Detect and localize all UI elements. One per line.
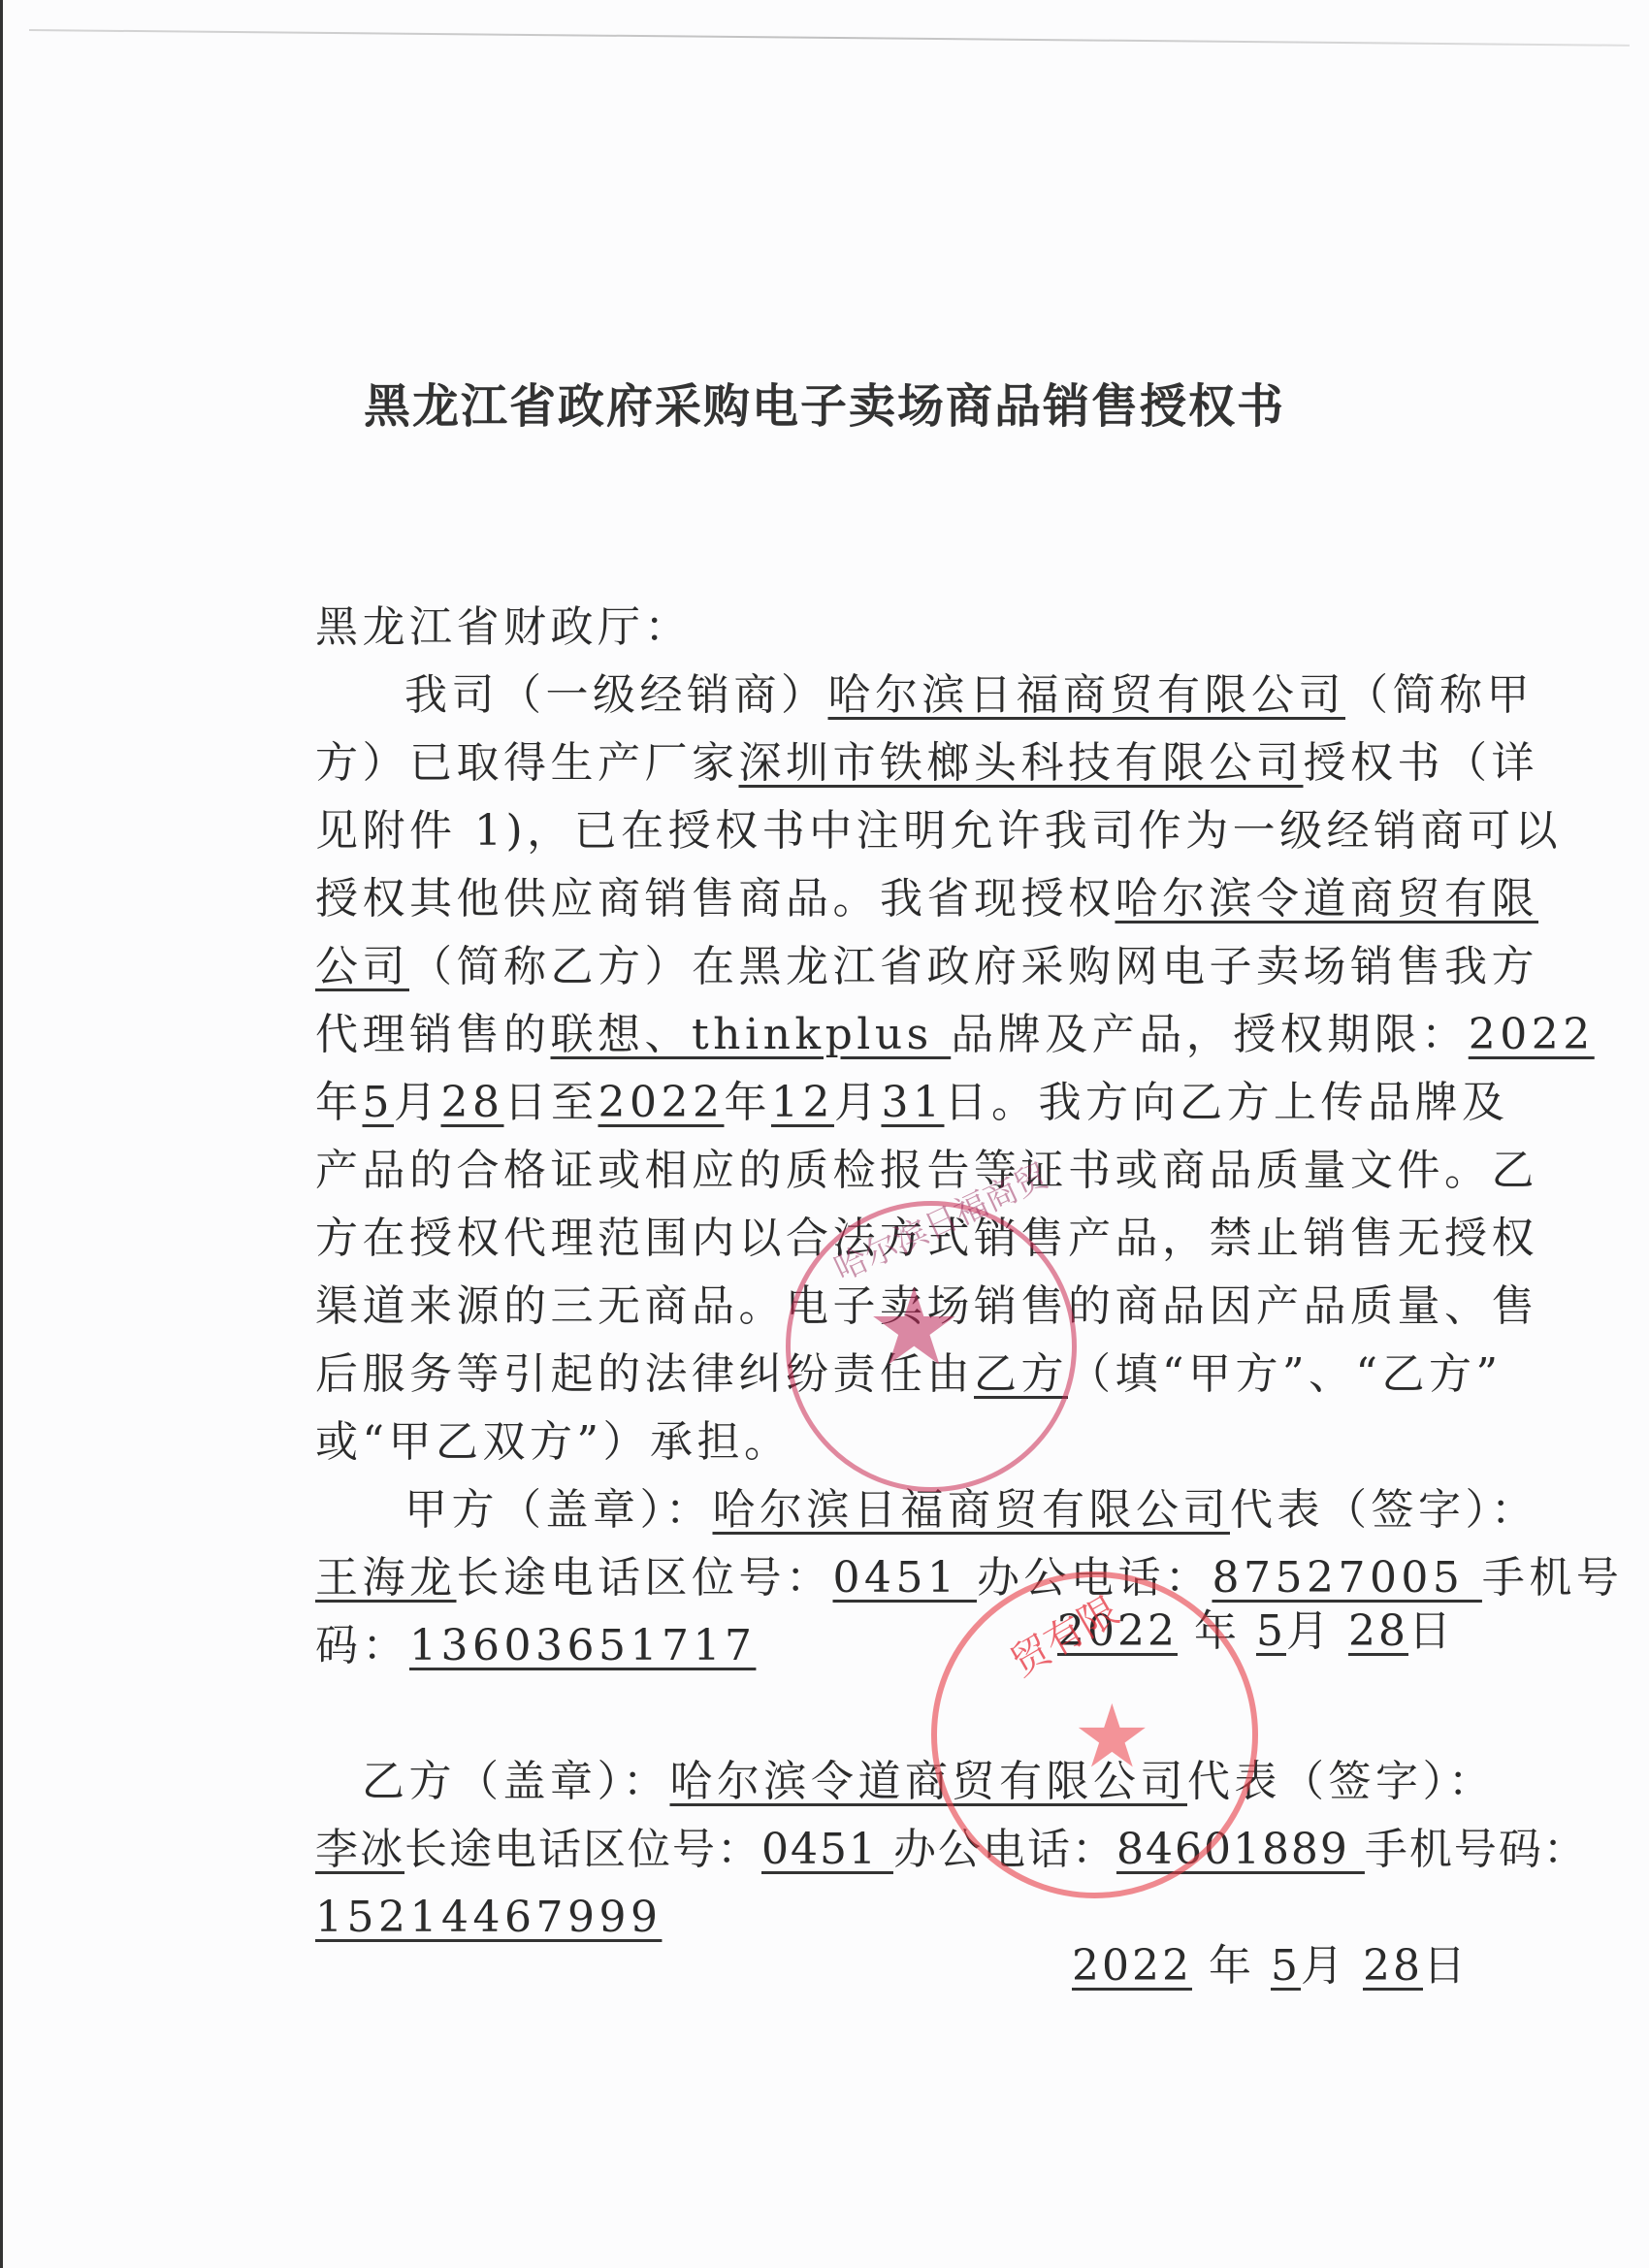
party-b-seal-line: 乙方（盖章）：哈尔滨令道商贸有限公司代表（签字）： bbox=[315, 1748, 1450, 1816]
party-b-contact-line: 李冰长途电话区位号：0451 办公电话：84601889 手机号码： bbox=[315, 1816, 1450, 1884]
document-body: 黑龙江省财政厅： 我司（一级经销商）哈尔滨日福商贸有限公司（简称甲 方）已取得生… bbox=[315, 594, 1450, 1952]
party-b-name: 哈尔滨令道商贸有限 bbox=[1115, 874, 1539, 923]
party-a-rep-name: 王海龙 bbox=[315, 1553, 457, 1603]
start-year: 2022 bbox=[1469, 1010, 1595, 1059]
paragraph-line-8: 产品的合格证或相应的质检报告等证书或商品质量文件。乙 bbox=[315, 1137, 1450, 1205]
party-b-company: 哈尔滨令道商贸有限公司 bbox=[670, 1757, 1188, 1806]
end-year: 2022 bbox=[598, 1078, 725, 1127]
document-page: 黑龙江省政府采购电子卖场商品销售授权书 黑龙江省财政厅： 我司（一级经销商）哈尔… bbox=[0, 0, 1649, 2268]
party-b-office-phone: 84601889 bbox=[1116, 1825, 1365, 1874]
manufacturer-name: 深圳市铁榔头科技有限公司 bbox=[739, 738, 1304, 788]
party-a-company: 哈尔滨日福商贸有限公司 bbox=[713, 1485, 1231, 1535]
paragraph-line-2: 方）已取得生产厂家深圳市铁榔头科技有限公司授权书（详 bbox=[315, 729, 1450, 797]
paragraph-line-7: 年5月28日至2022年12月31日。我方向乙方上传品牌及 bbox=[315, 1069, 1450, 1137]
party-a-name: 哈尔滨日福商贸有限公司 bbox=[828, 670, 1346, 720]
party-b-name-cont: 公司 bbox=[315, 942, 409, 991]
party-a-area-code: 0451 bbox=[833, 1553, 977, 1603]
end-day: 31 bbox=[881, 1078, 944, 1127]
start-day: 28 bbox=[441, 1078, 504, 1127]
party-b-mobile: 15214467999 bbox=[315, 1893, 662, 1942]
spacer-line bbox=[315, 1680, 1450, 1748]
party-a-mobile: 13603651717 bbox=[409, 1621, 756, 1670]
scan-edge bbox=[0, 0, 3, 2268]
party-b-date: 2022 年 5月 28日 bbox=[1072, 1930, 1469, 1993]
paragraph-line-5: 公司（简称乙方）在黑龙江省政府采购网电子卖场销售我方 bbox=[315, 933, 1450, 1001]
scan-line bbox=[29, 29, 1630, 47]
paragraph-line-3: 见附件 1)，已在授权书中注明允许我司作为一级经销商可以 bbox=[315, 797, 1450, 865]
paragraph-line-12: 或“甲乙双方”）承担。 bbox=[315, 1409, 1450, 1476]
brands: 联想、thinkplus bbox=[551, 1010, 952, 1059]
party-b-area-code: 0451 bbox=[761, 1825, 893, 1874]
start-month: 5 bbox=[363, 1078, 395, 1127]
paragraph-line-9: 方在授权代理范围内以合法方式销售产品，禁止销售无授权 bbox=[315, 1205, 1450, 1273]
end-month: 12 bbox=[771, 1078, 834, 1127]
party-a-seal-line: 甲方（盖章）：哈尔滨日福商贸有限公司代表（签字）： bbox=[315, 1476, 1450, 1544]
addressee: 黑龙江省财政厅： bbox=[315, 594, 1450, 662]
document-title: 黑龙江省政府采购电子卖场商品销售授权书 bbox=[0, 369, 1649, 436]
paragraph-line-6: 代理销售的联想、thinkplus 品牌及产品，授权期限：2022 bbox=[315, 1001, 1450, 1069]
paragraph-line-4: 授权其他供应商销售商品。我省现授权哈尔滨令道商贸有限 bbox=[315, 865, 1450, 933]
paragraph-line-10: 渠道来源的三无商品。电子卖场销售的商品因产品质量、售 bbox=[315, 1273, 1450, 1341]
party-b-rep-name: 李冰 bbox=[315, 1825, 404, 1874]
paragraph-line-11: 后服务等引起的法律纠纷责任由乙方（填“甲方”、“乙方” bbox=[315, 1341, 1450, 1409]
responsible-party: 乙方 bbox=[974, 1349, 1068, 1399]
party-a-date: 2022 年 5月 28日 bbox=[1057, 1596, 1454, 1658]
paragraph-line-1: 我司（一级经销商）哈尔滨日福商贸有限公司（简称甲 bbox=[315, 662, 1450, 729]
